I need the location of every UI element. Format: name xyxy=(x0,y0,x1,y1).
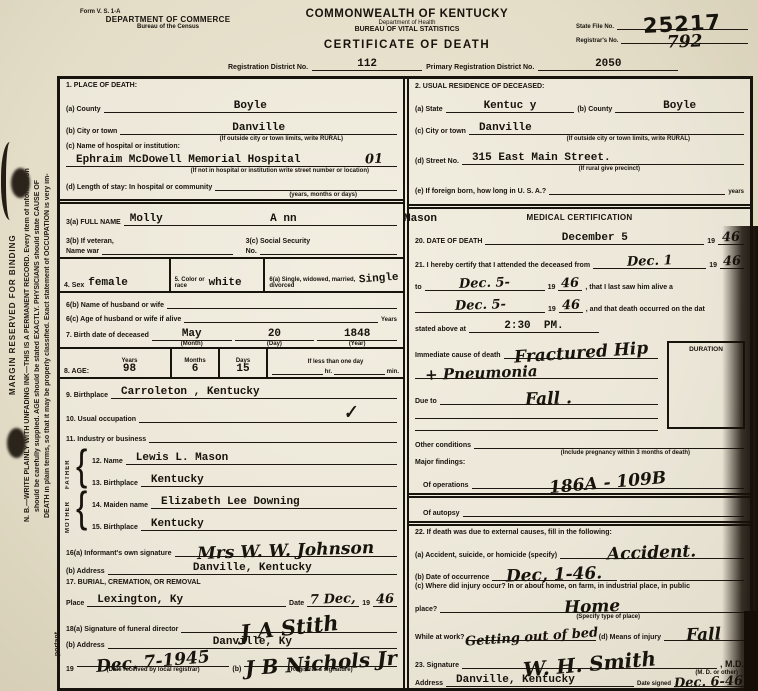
pod-hospital-row: Ephraim McDowell Memorial Hospital 01 xyxy=(66,151,397,167)
father-name-label: 12. Name xyxy=(92,458,123,465)
occupation-row: 10. Usual occupation ✓ xyxy=(66,403,397,423)
section-divider xyxy=(60,199,403,204)
alive-19: 19 xyxy=(548,306,556,313)
first-name: Molly xyxy=(130,214,163,225)
means-of-injury-value: Fall xyxy=(686,626,722,644)
section-divider xyxy=(409,204,750,209)
residence-county-value: Boyle xyxy=(663,101,696,112)
residence-street-note: (If rural give precinct) xyxy=(579,166,640,172)
medical-certification-title: MEDICAL CERTIFICATION xyxy=(415,213,744,222)
margin-nb-line3: DEATH in plain terms, so that it may be … xyxy=(44,0,51,691)
bureau-of-census: Bureau of the Census xyxy=(78,24,258,30)
physician-signature-label: 23. Signature xyxy=(415,662,459,669)
primary-district-label: Primary Registration District No. xyxy=(426,64,534,71)
district-number: 112 xyxy=(357,59,377,70)
external-heading: 22. If death was due to external causes,… xyxy=(415,529,744,536)
margin-nb-line1: N. B.—WRITE PLAINLY WITH UNFADING INK—TH… xyxy=(24,0,31,691)
from-19: 19 xyxy=(709,262,717,269)
to-19: 19 xyxy=(548,284,556,291)
external-c-note: (Specify type of place) xyxy=(576,614,640,620)
birthplace-label: 9. Birthplace xyxy=(66,392,108,399)
father-name-row: 12. Name Lewis L. Mason xyxy=(92,447,397,465)
pod-city-note: (If outside city or town limits, write R… xyxy=(220,136,343,142)
pod-city-row: (b) City or town Danville xyxy=(66,117,397,135)
middle-name: A nn xyxy=(270,214,296,225)
pod-hospital-code: 01 xyxy=(365,153,384,167)
pod-hospital-label: (c) Name of hospital or institution: xyxy=(66,143,180,150)
death-time-value: 2:30 PM. xyxy=(504,321,563,332)
registrar-no-label: Registrar's No. xyxy=(576,38,618,44)
major-findings-heading: Major findings: xyxy=(415,459,744,466)
operations-row: Of operations 186A - 109B xyxy=(423,469,744,489)
burial-year-value: 46 xyxy=(376,593,395,607)
race-label-2: race xyxy=(175,283,205,289)
title-block: COMMONWEALTH OF KENTUCKY Department of H… xyxy=(282,8,532,51)
last-seen-row: Dec. 5- 19 46 , and that death occurred … xyxy=(415,295,744,313)
issuer-block: Form V. S. 1-A DEPARTMENT OF COMMERCE Bu… xyxy=(78,9,258,30)
due-to-row: Due to Fall . xyxy=(415,383,658,405)
autopsy-label: Of autopsy xyxy=(423,510,460,517)
physician-address-label: Address xyxy=(415,680,443,687)
director-address-value: Danville, Ky xyxy=(213,637,292,648)
certify-from-label: 21. I hereby certify that I attended the… xyxy=(415,262,590,269)
mother-birthplace-value: Kentucky xyxy=(151,519,204,530)
external-b-row: (b) Date of occurrence Dec, 1-46. xyxy=(415,563,744,581)
other-conditions-note: (Include pregnancy within 3 months of de… xyxy=(561,450,690,456)
while-at-work-row: While at work? Getting out of bed (d) Me… xyxy=(415,623,744,641)
cause-line2-row: + Pneumonia xyxy=(415,361,658,379)
residence-foreign-note: years xyxy=(728,189,744,195)
mother-name-value: Elizabeth Lee Downing xyxy=(161,497,300,508)
mother-brace: { xyxy=(76,484,87,533)
informant-address-label: (b) Address xyxy=(66,568,105,575)
ssn-label: 3(c) Social Security xyxy=(246,238,397,245)
pod-city-label: (b) City or town xyxy=(66,128,117,135)
certificate-form: 1. PLACE OF DEATH: (a) County Boyle (b) … xyxy=(57,76,753,691)
cause-line2-value: + Pneumonia xyxy=(425,364,538,383)
funeral-director-label: 18(a) Signature of funeral director xyxy=(66,626,178,633)
sex-value: female xyxy=(88,278,128,289)
attended-from-date: Dec. 1 xyxy=(627,254,673,269)
marital-label-2: divorced xyxy=(269,283,355,289)
residence-street-value: 315 East Main Street. xyxy=(472,153,611,164)
physician-address-row: Address Danville, Kentucky Date signed D… xyxy=(415,671,744,687)
operations-label: Of operations xyxy=(423,482,469,489)
due-to-label: Due to xyxy=(415,398,437,405)
commonwealth-title: COMMONWEALTH OF KENTUCKY xyxy=(282,8,532,20)
funeral-director-row: 18(a) Signature of funeral director J A … xyxy=(66,611,397,633)
pod-hospital-label-row: (c) Name of hospital or institution: xyxy=(66,143,397,150)
age-years-value: 98 xyxy=(123,364,136,375)
primary-district-number: 2050 xyxy=(595,59,621,70)
residence-street-row: (d) Street No. 315 East Main Street. xyxy=(415,147,744,165)
residence-city-value: Danville xyxy=(479,123,532,134)
birthplace-value: Carroleton , Kentucky xyxy=(121,387,260,398)
rule-divider xyxy=(409,521,750,526)
informant-signature-label: 16(a) Informant's own signature xyxy=(66,550,172,557)
external-a-value: Accident. xyxy=(607,543,697,563)
full-name-label: 3(a) FULL NAME xyxy=(66,219,121,226)
residence-foreign-row: (e) If foreign born, how long in U. S. A… xyxy=(415,181,744,195)
birth-year: 1848 xyxy=(344,329,370,340)
age-less-label: If less than one day xyxy=(272,359,399,365)
mother-name-label: 14. Maiden name xyxy=(92,502,148,509)
file-numbers-block: State File No. 25217 Registrar's No. 792 xyxy=(576,12,748,48)
scan-shadow-corner xyxy=(744,611,758,691)
death-certificate-scan: MARGIN RESERVED FOR BINDING N. B.—WRITE … xyxy=(0,0,758,691)
date-of-death-row: 20. DATE OF DEATH December 5 19 46 xyxy=(415,227,744,245)
death-time-row: stated above at 2:30 PM. xyxy=(415,317,744,333)
pod-hospital-value: Ephraim McDowell Memorial Hospital xyxy=(76,155,300,166)
registrar-signature: J B Nichols Jr xyxy=(244,648,397,679)
burial-date-value: 7 Dec, xyxy=(310,592,356,607)
last-seen-date: Dec. 5- xyxy=(454,298,505,313)
age-box: 8. AGE: Years 98 Months 6 Days 15 If les… xyxy=(60,347,403,379)
veteran-label: 3(b) If veteran, xyxy=(66,238,233,245)
burial-place-row: Place Lexington, Ky Date 7 Dec, 19 46 xyxy=(66,589,397,607)
burial-place-value: Lexington, Ky xyxy=(97,595,183,606)
pod-stay-row: (d) Length of stay: In hospital or commu… xyxy=(66,177,397,191)
place-of-death-heading: 1. PLACE OF DEATH: xyxy=(66,82,397,89)
state-file-label: State File No. xyxy=(576,24,614,30)
other-conditions-label: Other conditions xyxy=(415,442,471,449)
spouse-name-label: 6(b) Name of husband or wife xyxy=(66,302,164,309)
certificate-title: CERTIFICATE OF DEATH xyxy=(282,39,532,51)
residence-city-row: (c) City or town Danville xyxy=(415,117,744,135)
to-label: to xyxy=(415,284,422,291)
registrar-received-row: 19 Dec. 7-1945 (Date received by local r… xyxy=(66,651,397,673)
attended-to-year: 46 xyxy=(561,277,580,291)
residence-city-note: (If outside city or town limits, write R… xyxy=(567,136,690,142)
immediate-cause-row: Immediate cause of death Fractured Hip xyxy=(415,337,658,359)
duration-label: DURATION xyxy=(689,346,723,353)
cause-blank-line xyxy=(415,407,658,419)
birth-date-row: 7. Birth date of deceased May(Month) 20(… xyxy=(66,325,397,347)
director-address-row: (b) Address Danville, Ky xyxy=(66,635,397,649)
left-column: 1. PLACE OF DEATH: (a) County Boyle (b) … xyxy=(60,79,405,688)
pod-county-label: (a) County xyxy=(66,106,101,113)
sex-label: 4. Sex xyxy=(64,282,84,289)
margin-nb-line2: should be carefully supplied. AGE should… xyxy=(34,0,41,691)
means-of-injury-label: (d) Means of injury xyxy=(599,634,661,641)
date-signed-label: Date signed xyxy=(637,681,671,687)
residence-state-label: (a) State xyxy=(415,106,443,113)
registrar-b-label: (b) xyxy=(232,666,241,673)
burial-place-label: Place xyxy=(66,600,84,607)
while-at-work-label: While at work? xyxy=(415,634,464,641)
residence-street-label: (d) Street No. xyxy=(415,158,459,165)
mother-birthplace-label: 15. Birthplace xyxy=(92,524,138,531)
external-c-label-row: (c) Where did injury occur? In or about … xyxy=(415,583,744,590)
right-column: 2. USUAL RESIDENCE OF DECEASED: (a) Stat… xyxy=(407,79,750,688)
age-min-label: min. xyxy=(387,369,399,375)
father-birthplace-row: 13. Birthplace Kentucky xyxy=(92,469,397,487)
received-pre: 19 xyxy=(66,666,74,673)
age-hr-label: hr. xyxy=(325,369,332,375)
age-label: 8. AGE: xyxy=(64,368,89,375)
father-name-value: Lewis L. Mason xyxy=(136,453,228,464)
spouse-name-row: 6(b) Name of husband or wife xyxy=(66,295,397,309)
full-name-row: 3(a) FULL NAME Molly A nn Mason xyxy=(66,206,397,226)
occupation-label: 10. Usual occupation xyxy=(66,416,136,423)
mother-name-row: 14. Maiden name Elizabeth Lee Downing xyxy=(92,491,397,509)
birth-day: 20 xyxy=(268,329,281,340)
residence-county-label: (b) County xyxy=(577,106,612,113)
father-birthplace-value: Kentucky xyxy=(151,475,204,486)
pod-hospital-note: (If not in hospital or institution write… xyxy=(191,168,369,174)
sex-race-marital-box: 4. Sex female 5. Color or race white 6(a… xyxy=(60,257,403,293)
age-days-value: 15 xyxy=(236,364,249,375)
spouse-age-label: 6(c) Age of husband or wife if alive xyxy=(66,316,181,323)
residence-state-county-row: (a) State Kentuc y (b) County Boyle xyxy=(415,95,744,113)
attended-to-row: to Dec. 5- 19 46 , that I last saw him a… xyxy=(415,273,744,291)
registration-district-row: Registration District No. 112 Primary Re… xyxy=(228,59,752,71)
stated-above-label: stated above at xyxy=(415,326,466,333)
pod-county-value: Boyle xyxy=(234,101,267,112)
occurred-text: , and that death occurred on the dat xyxy=(586,306,705,313)
cause-blank-line xyxy=(415,421,658,431)
last-name: Mason xyxy=(404,214,437,225)
external-c-label2: place? xyxy=(415,606,437,613)
informant-signature-row: 16(a) Informant's own signature Mrs W. W… xyxy=(66,535,397,557)
saw-alive-text: , that I last saw him alive a xyxy=(585,284,673,291)
birth-date-label: 7. Birth date of deceased xyxy=(66,332,149,339)
autopsy-row: Of autopsy xyxy=(423,503,744,517)
pod-stay-note: (years, months or days) xyxy=(289,192,357,198)
physician-signature-row: 23. Signature W. H. Smith , M.D. xyxy=(415,645,744,669)
external-a-label: (a) Accident, suicide, or homicide (spec… xyxy=(415,552,557,559)
marital-value: Single xyxy=(359,273,399,287)
mother-birthplace-row: 15. Birthplace Kentucky xyxy=(92,513,397,531)
spouse-age-row: 6(c) Age of husband or wife if alive Yea… xyxy=(66,311,397,323)
residence-city-label: (c) City or town xyxy=(415,128,466,135)
years-word: Years xyxy=(381,317,397,323)
director-address-label: (b) Address xyxy=(66,642,105,649)
ssn-no-label: No. xyxy=(246,248,257,255)
external-c-row: place? Home xyxy=(415,593,744,613)
scan-mark xyxy=(1,142,19,220)
date-of-death-value: December 5 xyxy=(562,233,628,244)
rule-divider xyxy=(409,493,750,498)
pod-stay-label: (d) Length of stay: In hospital or commu… xyxy=(66,184,212,191)
residence-heading: 2. USUAL RESIDENCE OF DECEASED: xyxy=(415,83,744,90)
residence-state-value: Kentuc y xyxy=(484,101,537,112)
race-value: white xyxy=(209,278,242,289)
mother-side-label: MOTHER xyxy=(65,493,71,533)
birth-month: May xyxy=(182,329,202,340)
last-seen-year: 46 xyxy=(562,299,581,313)
father-side-label: FATHER xyxy=(65,449,71,489)
attended-from-row: 21. I hereby certify that I attended the… xyxy=(415,251,744,269)
physician-address-value: Danville, Kentucky xyxy=(456,675,575,686)
burial-year-pre: 19 xyxy=(362,600,370,607)
district-label: Registration District No. xyxy=(228,64,308,71)
father-birthplace-label: 13. Birthplace xyxy=(92,480,138,487)
informant-address-row: (b) Address Danville, Kentucky xyxy=(66,559,397,575)
external-b-label: (b) Date of occurrence xyxy=(415,574,489,581)
department-of-commerce: DEPARTMENT OF COMMERCE xyxy=(78,15,258,24)
name-war-label: Name war xyxy=(66,248,99,255)
veteran-ssn-row: 3(b) If veteran, Name war 3(c) Social Se… xyxy=(66,229,397,255)
age-months-value: 6 xyxy=(192,364,199,375)
date-of-death-label: 20. DATE OF DEATH xyxy=(415,238,482,245)
registrar-number: 792 xyxy=(667,33,703,51)
binding-hole xyxy=(7,428,26,458)
industry-row: 11. Industry or business xyxy=(66,427,397,443)
attended-to-date: Dec. 5- xyxy=(459,276,510,291)
bureau-vital-statistics: BUREAU OF VITAL STATISTICS xyxy=(282,26,532,33)
birthplace-row: 9. Birthplace Carroleton , Kentucky xyxy=(66,381,397,399)
informant-address-value: Danville, Kentucky xyxy=(193,563,312,574)
dod-19: 19 xyxy=(707,238,715,245)
residence-foreign-label: (e) If foreign born, how long in U. S. A… xyxy=(415,188,546,195)
burial-heading: 17. BURIAL, CREMATION, OR REMOVAL xyxy=(66,579,397,586)
pod-city-value: Danville xyxy=(232,123,285,134)
pod-county-row: (a) County Boyle xyxy=(66,95,397,113)
burial-date-label: Date xyxy=(289,600,304,607)
external-a-row: (a) Accident, suicide, or homicide (spec… xyxy=(415,541,744,559)
other-conditions-row: Other conditions xyxy=(415,435,744,449)
immediate-cause-label: Immediate cause of death xyxy=(415,352,501,359)
occupation-mark: ✓ xyxy=(341,404,358,423)
